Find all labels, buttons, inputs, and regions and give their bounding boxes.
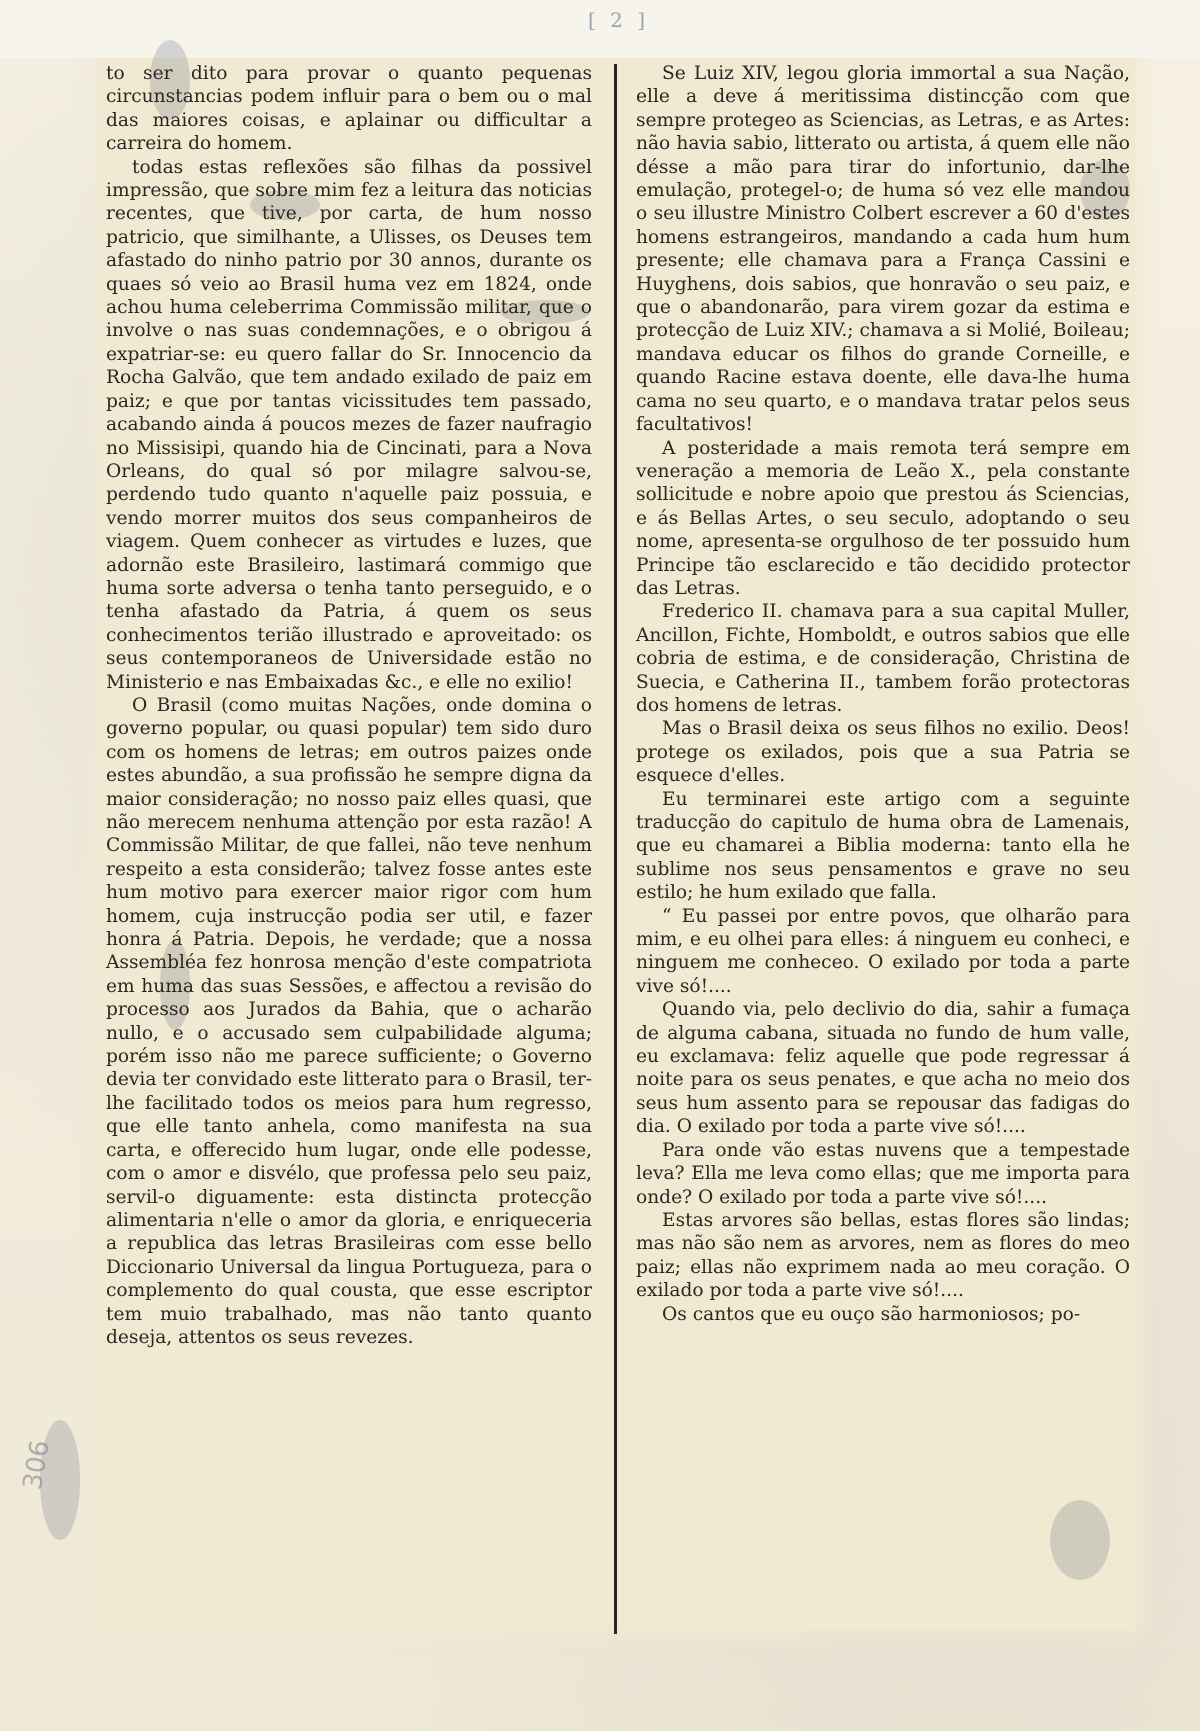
page-number: [ 2 ] (588, 8, 649, 32)
newspaper-page: [ 2 ] 306 to ser dito para provar o quan… (0, 0, 1200, 1731)
paragraph: to ser dito para provar o quanto pequena… (106, 62, 592, 156)
quote-paragraph: Para onde vão estas nuvens que a tempest… (636, 1139, 1130, 1209)
quote-paragraph: “ Eu passei por entre povos, que olharão… (636, 905, 1130, 999)
column-divider (614, 64, 617, 1634)
paragraph: Frederico II. chamava para a sua capital… (636, 600, 1130, 717)
paragraph: A posteridade a mais remota terá sempre … (636, 437, 1130, 601)
paragraph: Eu terminarei este artigo com a seguinte… (636, 788, 1130, 905)
paragraph: todas estas reflexões são filhas da poss… (106, 156, 592, 694)
quote-paragraph: Quando via, pelo declivio do dia, sahir … (636, 998, 1130, 1138)
quote-paragraph: Estas arvores são bellas, estas flores s… (636, 1209, 1130, 1303)
water-stain (1050, 1500, 1110, 1580)
right-column: Se Luiz XIV, legou gloria immortal a sua… (636, 62, 1130, 1326)
paragraph: O Brasil (como muitas Nações, onde domin… (106, 694, 592, 1349)
paragraph: Se Luiz XIV, legou gloria immortal a sua… (636, 62, 1130, 437)
paragraph: Mas o Brasil deixa os seus filhos no exi… (636, 717, 1130, 787)
quote-paragraph: Os cantos que eu ouço são harmoniosos; p… (636, 1303, 1130, 1326)
left-column: to ser dito para provar o quanto pequena… (106, 62, 592, 1349)
